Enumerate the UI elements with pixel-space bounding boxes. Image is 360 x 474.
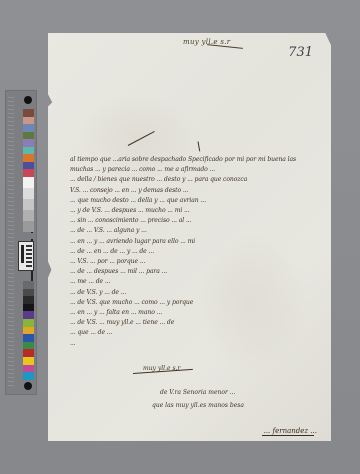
scale-ticks [8,97,14,388]
manuscript-page: muy yll.e s.r 731 al tiempo que ...aria … [48,33,331,441]
letter-line: ... [70,339,332,349]
color-swatch [23,221,34,232]
color-calibration-strip [5,90,37,395]
color-swatch [23,296,34,304]
color-swatch [23,327,34,335]
color-swatch [23,162,34,170]
letter-line: ... que mucho desto ... della y ... que … [70,196,332,206]
color-swatch [23,289,34,297]
color-swatch [23,177,34,188]
registration-dot-top [24,96,32,104]
color-swatch [23,124,34,132]
header-invocation: muy yll.e s.r [183,38,230,46]
closing-line-1: de V.ra Senoria menor ... [160,389,235,396]
letter-line: ... della / bienes que nuestro ... desto… [70,175,332,185]
color-swatch [23,349,34,357]
color-swatch [23,311,34,319]
color-swatch [23,154,34,162]
letter-line: ... que ... de ... [70,328,332,338]
color-swatch [23,372,34,380]
color-swatch [23,342,34,350]
letter-line: ... sin ... conoscimiento ... preciso ..… [70,216,332,226]
letter-line: muchas ... y parecia ... como ... me a a… [70,165,332,175]
color-swatch [23,281,34,289]
color-swatch [23,357,34,365]
letter-line: ... en ... y ... falta en ... mano ... [70,308,332,318]
opening-flourish [198,141,201,151]
letter-line: al tiempo que ...aria sobre despachado S… [70,155,332,165]
color-swatch [23,188,34,199]
color-swatch [23,365,34,373]
letter-body: al tiempo que ...aria sobre despachado S… [70,155,332,349]
folio-number: 731 [288,45,313,60]
letter-line: V.S. ... consejo ... en ... y demas dest… [70,186,332,196]
registration-dot-bottom [24,382,32,390]
letter-line: ... de V.S. y ... de ... [70,288,332,298]
color-swatch [23,210,34,221]
closing-line-2: que las muy yll.es manos besa [152,402,244,409]
letter-line: ... me ... de ... [70,277,332,287]
resolution-target [18,241,34,271]
color-swatch [23,147,34,155]
color-swatch [23,109,34,117]
letter-line: ... de V.S. ... muy yll.e ... tiene ... … [70,318,332,328]
color-swatch [23,319,34,327]
color-swatch [23,304,34,312]
letter-line: ... y de V.S. ... despues ... mucho ... … [70,206,332,216]
letter-line: ... de ... despues ... mil ... para ... [70,267,332,277]
color-swatch [23,169,34,177]
letter-line: ... V.S. ... por ... porque ... [70,257,332,267]
letter-line: ... en ... y ... avriendo lugar para ell… [70,237,332,247]
letter-line: ... de ... en ... de ... y ... de ... [70,247,332,257]
signature: ... fernandez ... [264,427,317,435]
color-swatch [23,132,34,140]
color-swatch [23,117,34,125]
color-swatch [23,139,34,147]
letter-line: ... de ... V.S. ... alguna y ... [70,226,332,236]
color-swatch [23,334,34,342]
letter-line: ... de V.S. que mucho ... como ... y por… [70,298,332,308]
color-swatch [23,199,34,210]
